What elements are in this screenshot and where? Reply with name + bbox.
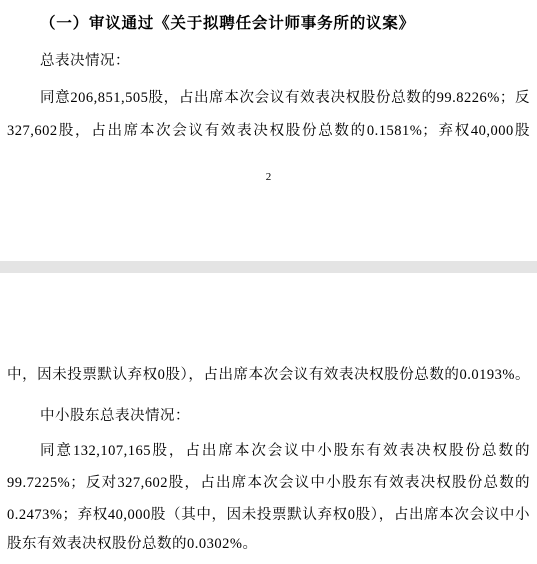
page-separator <box>0 261 537 273</box>
minority-vote-result-line-2: 99.7225%；反对327,602股，占出席本次会议中小股东有效表决权股份总数… <box>7 474 530 493</box>
total-vote-result-line-2: 327,602股，占出席本次会议有效表决权股份总数的0.1581%；弃权40,0… <box>7 122 530 141</box>
page-number: 2 <box>0 169 537 185</box>
total-vote-result-line-1: 同意206,851,505股，占出席本次会议有效表决权股份总数的99.8226%… <box>40 89 530 108</box>
pdf-page-2: 中，因未投票默认弃权0股），占出席本次会议有效表决权股份总数的0.0193%。 … <box>0 273 537 564</box>
minority-vote-result-line-1: 同意132,107,165股，占出席本次会议中小股东有效表决权股份总数的 <box>40 442 530 461</box>
resolution-heading: （一）审议通过《关于拟聘任会计师事务所的议案》 <box>40 14 530 33</box>
document-viewport: （一）审议通过《关于拟聘任会计师事务所的议案》 总表决情况： 同意206,851… <box>0 0 537 564</box>
pdf-page-1: （一）审议通过《关于拟聘任会计师事务所的议案》 总表决情况： 同意206,851… <box>0 0 537 261</box>
total-vote-status-label: 总表决情况： <box>40 52 530 71</box>
minority-vote-status-label: 中小股东总表决情况： <box>40 407 530 426</box>
total-vote-result-continuation: 中，因未投票默认弃权0股），占出席本次会议有效表决权股份总数的0.0193%。 <box>7 366 530 385</box>
minority-vote-result-line-3: 0.2473%；弃权40,000股（其中，因未投票默认弃权0股），占出席本次会议… <box>7 506 530 525</box>
minority-vote-result-line-4: 股东有效表决权股份总数的0.0302%。 <box>7 535 530 554</box>
